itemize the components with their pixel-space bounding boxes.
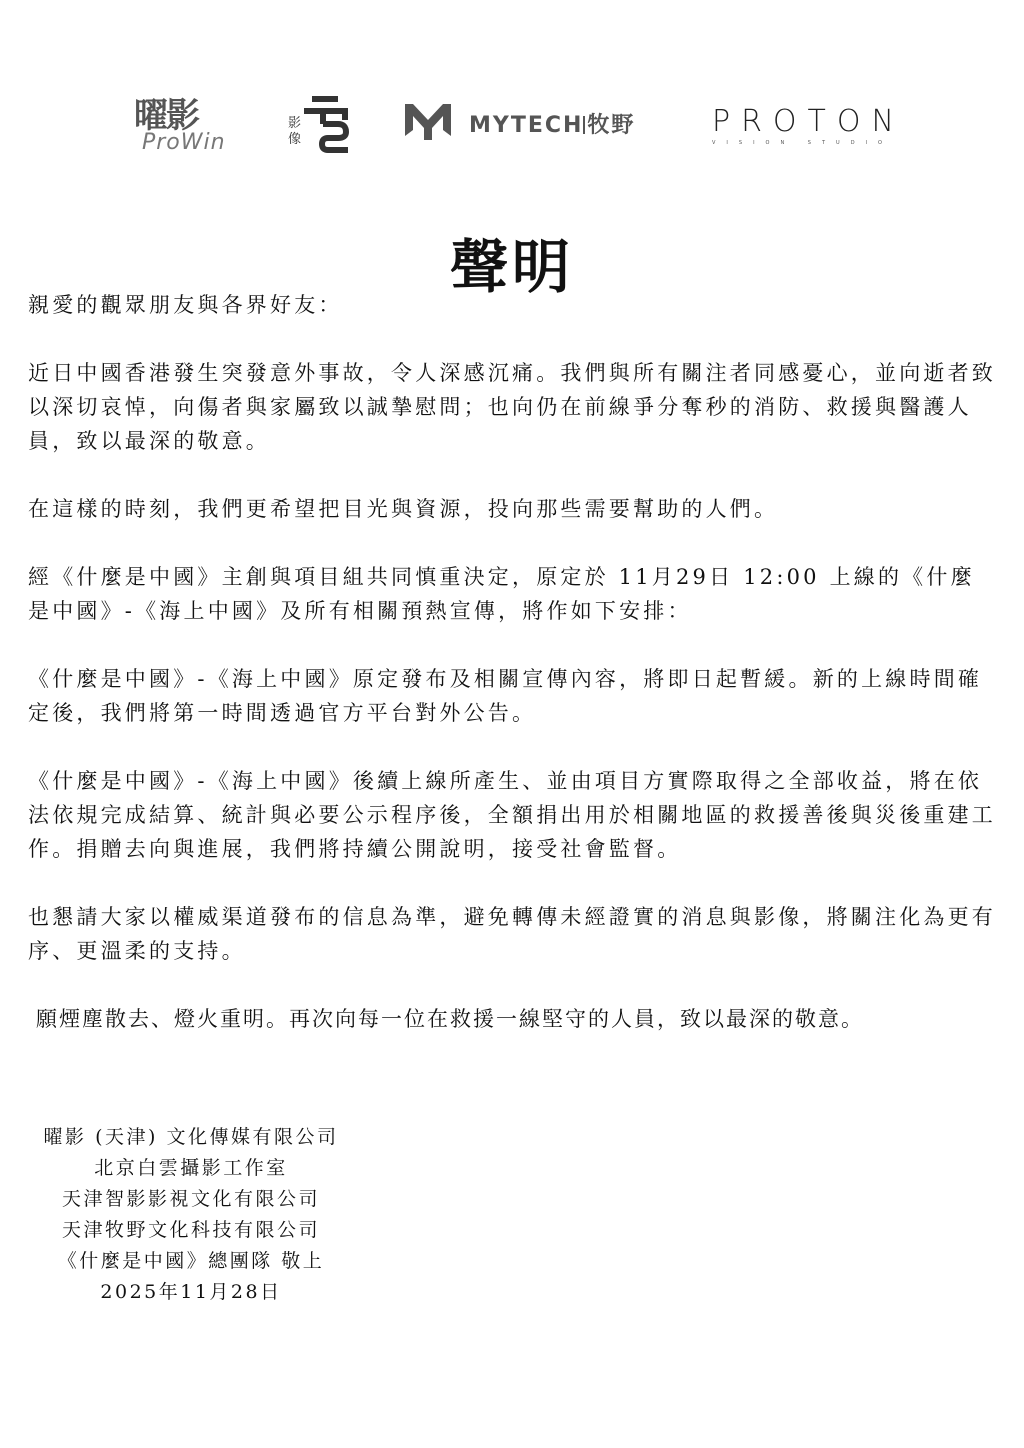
mytech-logo-mark-icon — [405, 102, 451, 140]
signature-date: 2025年11月28日 — [36, 1277, 346, 1308]
closing-remark: 願煙塵散去、燈火重明。再次向每一位在救援一線堅守的人員，致以最深的敬意。 — [28, 1002, 996, 1036]
prowin-logo: 曜影 ProWin — [134, 88, 224, 164]
yingxiang-logo-text: 影像 — [288, 116, 302, 148]
signatory-muye: 天津牧野文化科技有限公司 — [36, 1215, 346, 1246]
mytech-logo-text: MYTECH牧野 — [469, 108, 635, 139]
paragraph-postponement: 《什麼是中國》-《海上中國》原定發布及相關宣傳內容，將即日起暫緩。新的上線時間確… — [28, 662, 996, 730]
signatory-team: 《什麼是中國》總團隊 敬上 — [36, 1246, 346, 1277]
signatory-prowin: 曜影 (天津) 文化傳媒有限公司 — [36, 1122, 346, 1153]
proton-logo: PROTON VISION STUDIO — [712, 104, 902, 154]
paragraph-decision: 經《什麼是中國》主創與項目組共同慎重決定，原定於 11月29日 12:00 上線… — [28, 560, 996, 628]
signatory-zhiying: 天津智影影視文化有限公司 — [36, 1184, 346, 1215]
mytech-logo-english: MYTECH — [469, 113, 583, 138]
proton-logo-subtitle: VISION STUDIO — [712, 140, 893, 146]
proton-logo-text: PROTON — [712, 104, 905, 139]
mytech-logo: MYTECH牧野 — [405, 102, 675, 142]
yingxiang-logo-mark-icon — [304, 94, 352, 158]
paragraph-condolence: 近日中國香港發生突發意外事故，令人深感沉痛。我們與所有關注者同感憂心，並向逝者致… — [28, 356, 996, 458]
mytech-logo-chinese: 牧野 — [587, 113, 635, 138]
yingxiang-logo: 影像 — [286, 94, 352, 160]
mytech-logo-divider — [583, 116, 585, 134]
paragraph-appeal: 也懇請大家以權威渠道發布的信息為準，避免轉傳未經證實的消息與影像，將關注化為更有… — [28, 900, 996, 968]
greeting: 親愛的觀眾朋友與各界好友： — [28, 288, 996, 322]
statement-body: 親愛的觀眾朋友與各界好友： 近日中國香港發生突發意外事故，令人深感沉痛。我們與所… — [28, 288, 996, 1070]
prowin-logo-english: ProWin — [142, 130, 226, 155]
paragraph-donation: 《什麼是中國》-《海上中國》後續上線所產生、並由項目方實際取得之全部收益，將在依… — [28, 764, 996, 866]
signature-block: 曜影 (天津) 文化傳媒有限公司 北京白雲攝影工作室 天津智影影視文化有限公司 … — [36, 1122, 346, 1308]
paragraph-focus: 在這樣的時刻，我們更希望把目光與資源，投向那些需要幫助的人們。 — [28, 492, 996, 526]
logo-banner: 曜影 ProWin 影像 MYTECH牧野 PROTON VISION STUD… — [0, 84, 1024, 164]
signatory-baiyun-studio: 北京白雲攝影工作室 — [36, 1153, 346, 1184]
